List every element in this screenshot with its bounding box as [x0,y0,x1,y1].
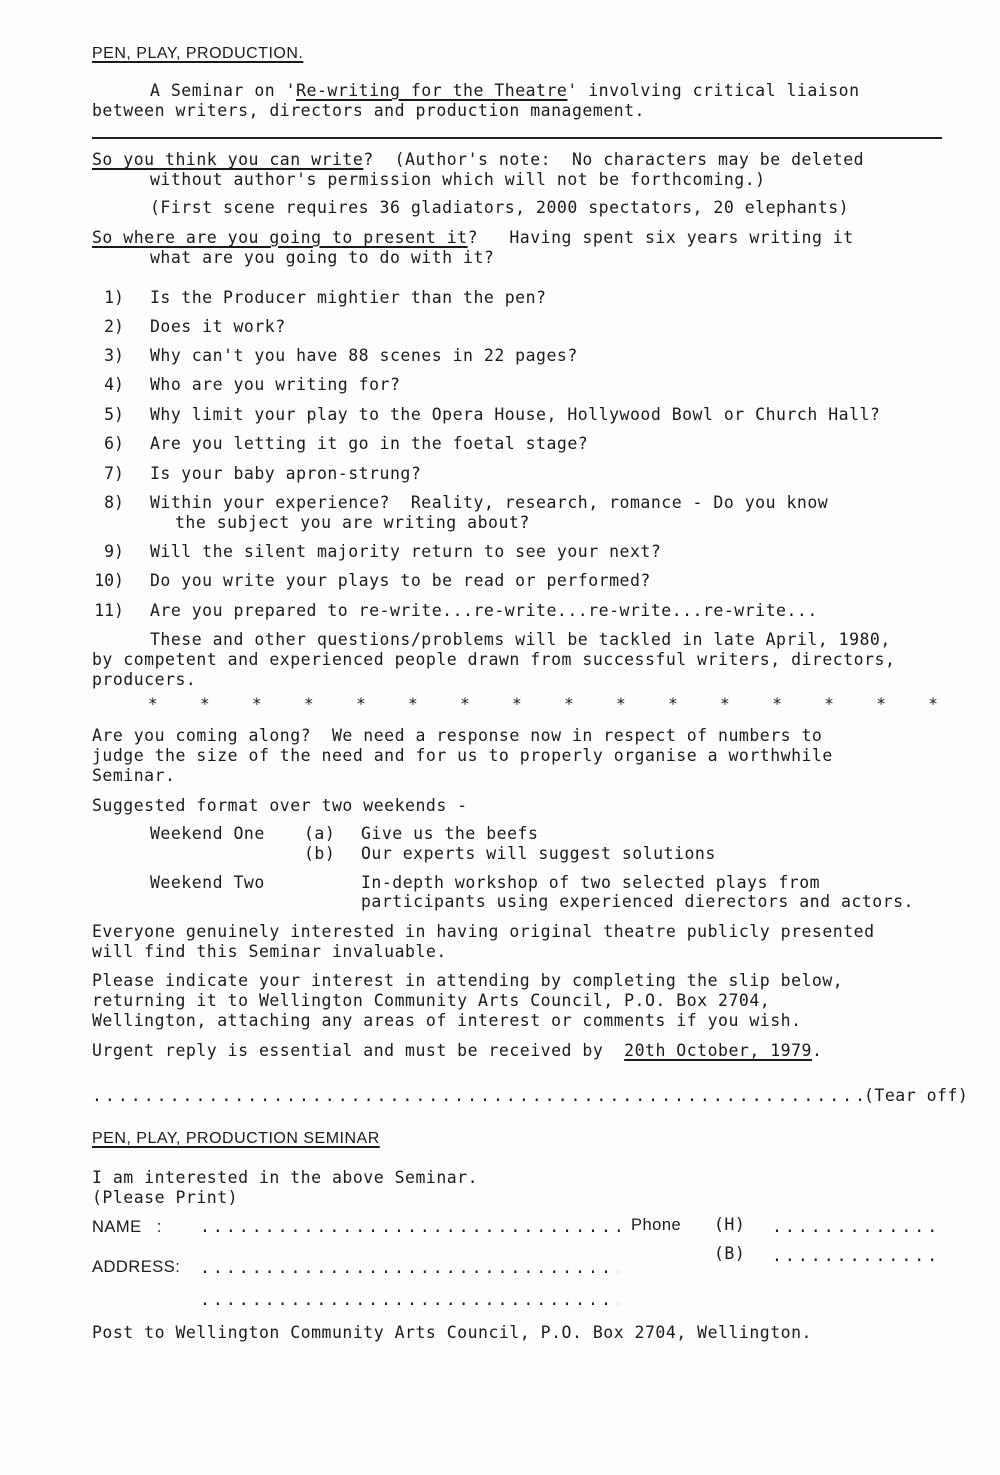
tackled-line-3: producers. [92,670,196,690]
coming-line-3: Seminar. [92,766,175,786]
tackled-line-2: by competent and experienced people draw… [92,650,895,670]
please-line-1: Please indicate your interest in attendi… [92,971,843,991]
weekend-two-text: In-depth workshop of two selected plays … [361,873,820,893]
q2-line-1: So where are you going to present it? Ha… [92,228,854,248]
address-field-1[interactable]: ........................................… [200,1258,618,1277]
phone-home-field[interactable]: .......................... [772,1217,944,1236]
tear-off-label: (Tear off) [864,1086,968,1106]
seminar-topic: Re-writing for the Theatre [296,81,567,100]
phone-b-label: (B) [714,1244,745,1264]
list-item: Do you write your plays to be read or pe… [150,571,651,591]
weekend-one-item-b: Our experts will suggest solutions [361,844,716,864]
format-intro: Suggested format over two weekends - [92,796,468,816]
slip-line-2: (Please Print) [92,1188,238,1208]
list-item: Will the silent majority return to see y… [150,542,661,562]
q2-line-2: what are you going to do with it? [150,248,494,268]
post-to-line: Post to Wellington Community Arts Counci… [92,1323,812,1343]
q1-line-2: without author's permission which will n… [150,170,766,190]
list-item: Why limit your play to the Opera House, … [150,405,880,425]
list-item: Are you prepared to re-write...re-write.… [150,601,818,621]
q1-line-3: (First scene requires 36 gladiators, 200… [150,198,849,218]
address-field-2[interactable]: ........................................… [200,1290,618,1309]
phone-label: Phone [631,1215,681,1235]
slip-line-1: I am interested in the above Seminar. [92,1168,478,1188]
page-title: PEN, PLAY, PRODUCTION. [92,44,303,64]
address-label: ADDRESS: [92,1257,180,1277]
name-label: NAME : [92,1217,162,1237]
phone-business-field[interactable]: .......................... [772,1246,944,1265]
everyone-line-2: will find this Seminar invaluable. [92,942,447,962]
intro-line-1: A Seminar on 'Re-writing for the Theatre… [150,81,860,101]
deadline-date: 20th October, 1979 [624,1041,812,1060]
phone-h-label: (H) [714,1215,745,1235]
list-item: Does it work? [150,317,286,337]
coming-line-1: Are you coming along? We need a response… [92,726,822,746]
list-item: Is your baby apron-strung? [150,464,421,484]
list-item-continued: the subject you are writing about? [175,513,530,533]
star-separator: **************** [148,694,938,713]
q1-line-1: So you think you can write? (Author's no… [92,150,864,170]
list-item: Are you letting it go in the foetal stag… [150,434,588,454]
weekend-one-label: Weekend One [150,824,265,844]
list-item: Within your experience? Reality, researc… [150,493,828,513]
weekend-one-item-a: Give us the beefs [361,824,538,844]
everyone-line-1: Everyone genuinely interested in having … [92,922,875,942]
divider [92,137,942,139]
list-item: Is the Producer mightier than the pen? [150,288,547,308]
coming-line-2: judge the size of the need and for us to… [92,746,833,766]
list-item: Who are you writing for? [150,375,400,395]
tackled-line-1: These and other questions/problems will … [150,630,891,650]
name-field[interactable]: ........................................… [200,1217,625,1236]
weekend-two-label: Weekend Two [150,873,265,893]
intro-line-2: between writers, directors and productio… [92,101,645,121]
urgent-line: Urgent reply is essential and must be re… [92,1041,822,1061]
please-line-3: Wellington, attaching any areas of inter… [92,1011,802,1031]
please-line-2: returning it to Wellington Community Art… [92,991,770,1011]
tear-off-line: ........................................… [92,1086,862,1105]
slip-title: PEN, PLAY, PRODUCTION SEMINAR [92,1129,380,1149]
list-item: Why can't you have 88 scenes in 22 pages… [150,346,578,366]
